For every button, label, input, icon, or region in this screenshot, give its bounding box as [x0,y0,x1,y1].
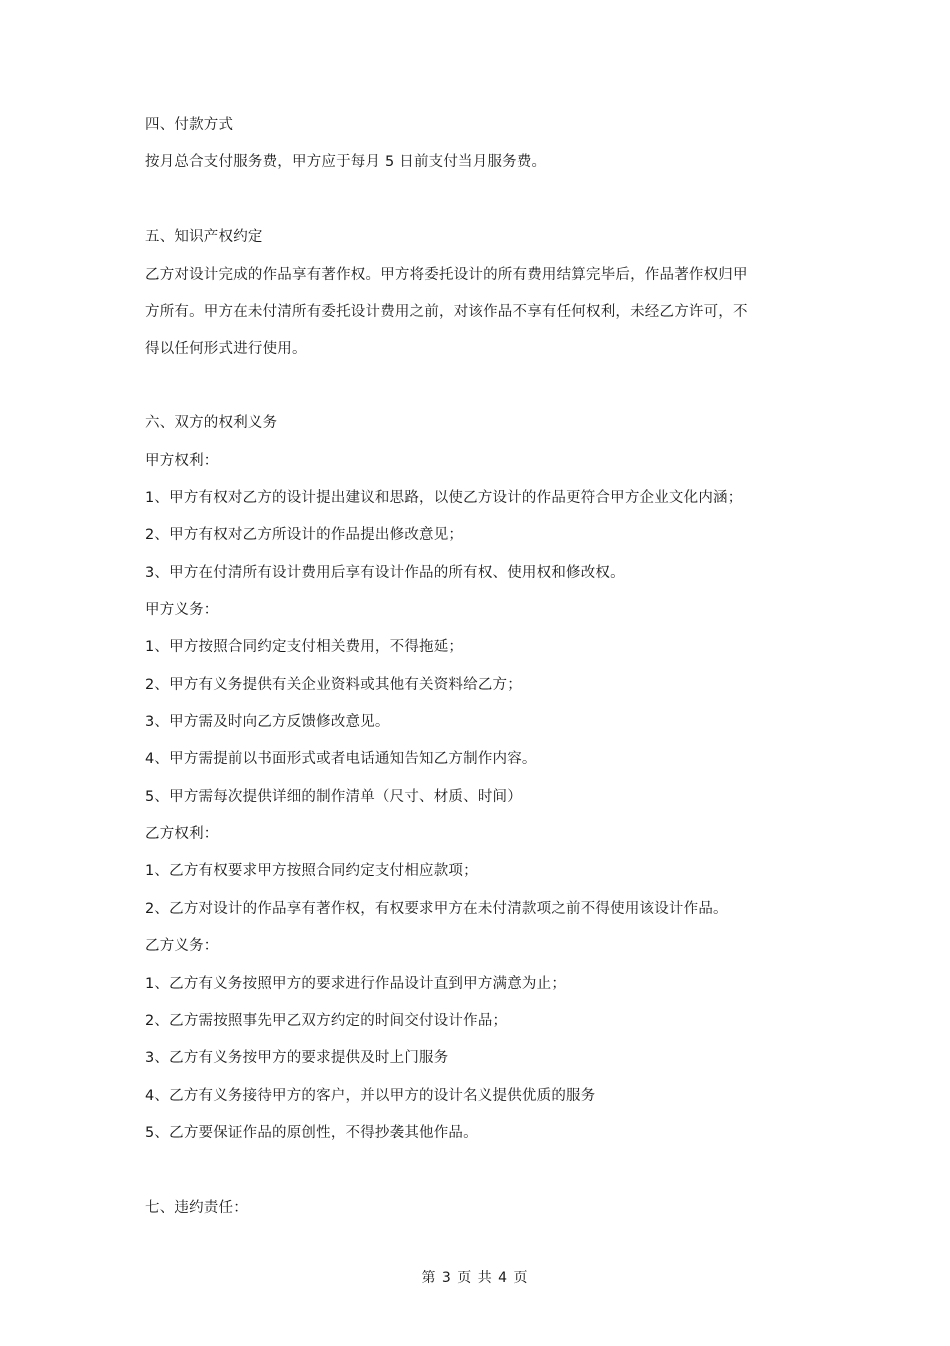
list-item: 2、甲方有权对乙方所设计的作品提出修改意见； [145,525,463,545]
subsection-title: 甲方义务： [145,600,219,620]
list-item: 2、甲方有义务提供有关企业资料或其他有关资料给乙方； [145,675,522,695]
section-heading-rights-obligations: 六、双方的权利义务 [145,413,277,433]
subsection-title: 乙方权利： [145,824,219,844]
paragraph: 按月总合支付服务费，甲方应于每月 5 日前支付当月服务费。 [145,152,546,172]
list-item: 2、乙方需按照事先甲乙双方约定的时间交付设计作品； [145,1011,507,1031]
subsection-title: 乙方义务： [145,936,219,956]
list-item: 3、甲方需及时向乙方反馈修改意见。 [145,712,390,732]
page-number-footer: 第 3 页 共 4 页 [0,1268,950,1288]
list-item: 2、乙方对设计的作品享有著作权，有权要求甲方在未付清款项之前不得使用该设计作品。 [145,899,728,919]
list-item: 1、乙方有义务按照甲方的要求进行作品设计直到甲方满意为止； [145,974,566,994]
list-item: 4、乙方有义务接待甲方的客户，并以甲方的设计名义提供优质的服务 [145,1086,595,1106]
list-item: 1、甲方有权对乙方的设计提出建议和思路，以使乙方设计的作品更符合甲方企业文化内涵… [145,488,742,508]
list-item: 1、乙方有权要求甲方按照合同约定支付相应款项； [145,861,478,881]
list-item: 5、甲方需每次提供详细的制作清单（尺寸、材质、时间） [145,787,522,807]
paragraph: 方所有。甲方在未付清所有委托设计费用之前，对该作品不享有任何权利，未经乙方许可，… [145,302,748,322]
section-heading-ip: 五、知识产权约定 [145,227,263,247]
paragraph: 得以任何形式进行使用。 [145,339,307,359]
section-heading-breach-liability: 七、违约责任： [145,1198,248,1218]
section-heading-payment: 四、付款方式 [145,115,233,135]
list-item: 3、乙方有义务按甲方的要求提供及时上门服务 [145,1048,448,1068]
list-item: 1、甲方按照合同约定支付相关费用，不得拖延； [145,637,463,657]
list-item: 3、甲方在付清所有设计费用后享有设计作品的所有权、使用权和修改权。 [145,563,625,583]
document-page: 四、付款方式 按月总合支付服务费，甲方应于每月 5 日前支付当月服务费。 五、知… [0,0,950,1346]
list-item: 4、甲方需提前以书面形式或者电话通知告知乙方制作内容。 [145,749,537,769]
paragraph: 乙方对设计完成的作品享有著作权。甲方将委托设计的所有费用结算完毕后，作品著作权归… [145,265,748,285]
subsection-title: 甲方权利： [145,451,219,471]
list-item: 5、乙方要保证作品的原创性，不得抄袭其他作品。 [145,1123,478,1143]
